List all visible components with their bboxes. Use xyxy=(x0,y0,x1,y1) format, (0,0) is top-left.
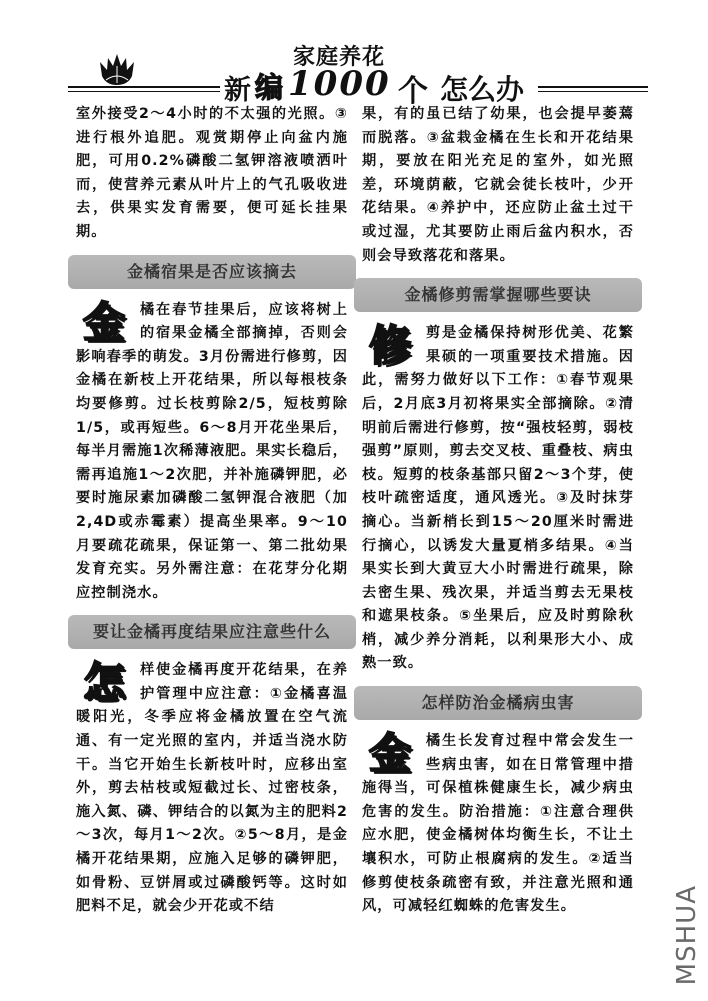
article-section: 怎 样使金橘再度开花结果，在养护管理中应注意：①金橘喜温暖阳光，冬季应将金橘放置… xyxy=(76,659,348,919)
left-intro-paragraph: 室外接受2～4小时的不太强的光照。③进行根外追肥。观赏期停止向盆内施肥，可用0.… xyxy=(76,103,348,245)
header-suffix: 怎么办 xyxy=(440,68,524,108)
right-column: 果，有的虽已结了幼果，也会提早萎蔫而脱落。③盆栽金橘在生长和开花结果期，要放在阳… xyxy=(362,103,634,919)
section-title: 金橘修剪需掌握哪些要诀 xyxy=(354,278,642,312)
header-title-bian: 编 xyxy=(255,66,283,106)
article-section: 金 橘在春节挂果后，应该将树上的宿果金橘全部摘掉，否则会影响春季的萌发。3月份需… xyxy=(76,299,348,606)
section-title: 金橘宿果是否应该摘去 xyxy=(68,255,356,289)
dropcap: 修 xyxy=(362,324,418,368)
section-title: 怎样防治金橘病虫害 xyxy=(354,686,642,720)
page-header: 新 编 家庭养花 1000 个 怎么办 xyxy=(68,40,648,102)
watermark-text: MSHUA xyxy=(672,885,702,985)
dropcap: 怎 xyxy=(76,661,132,705)
section-title: 要让金橘再度结果应注意些什么 xyxy=(68,615,356,649)
article-section: 修 剪是金橘保持树形优美、花繁果硕的一项重要技术措施。因此，需努力做好以下工作：… xyxy=(362,322,634,676)
dropcap: 金 xyxy=(362,732,418,776)
article-section: 金 橘生长发育过程中常会发生一些病虫害，如在日常管理中措施得当，可保植株健康生长… xyxy=(362,730,634,919)
dropcap: 金 xyxy=(76,301,132,345)
watermark: MSHUA xyxy=(672,885,702,995)
lotus-icon xyxy=(94,52,140,86)
header-title-xin: 新 xyxy=(224,68,251,107)
header-number: 1000 xyxy=(288,66,391,102)
right-intro-paragraph: 果，有的虽已结了幼果，也会提早萎蔫而脱落。③盆栽金橘在生长和开花结果期，要放在阳… xyxy=(362,103,634,268)
header-rule-right xyxy=(538,86,648,92)
magazine-page: 新 编 家庭养花 1000 个 怎么办 室外接受2～4小时的不太强的光照。③进行… xyxy=(0,0,708,1001)
header-rule-left xyxy=(68,86,220,92)
left-column: 室外接受2～4小时的不太强的光照。③进行根外追肥。观赏期停止向盆内施肥，可用0.… xyxy=(76,103,348,919)
section-body: 剪是金橘保持树形优美、花繁果硕的一项重要技术措施。因此，需努力做好以下工作：①春… xyxy=(362,322,634,676)
